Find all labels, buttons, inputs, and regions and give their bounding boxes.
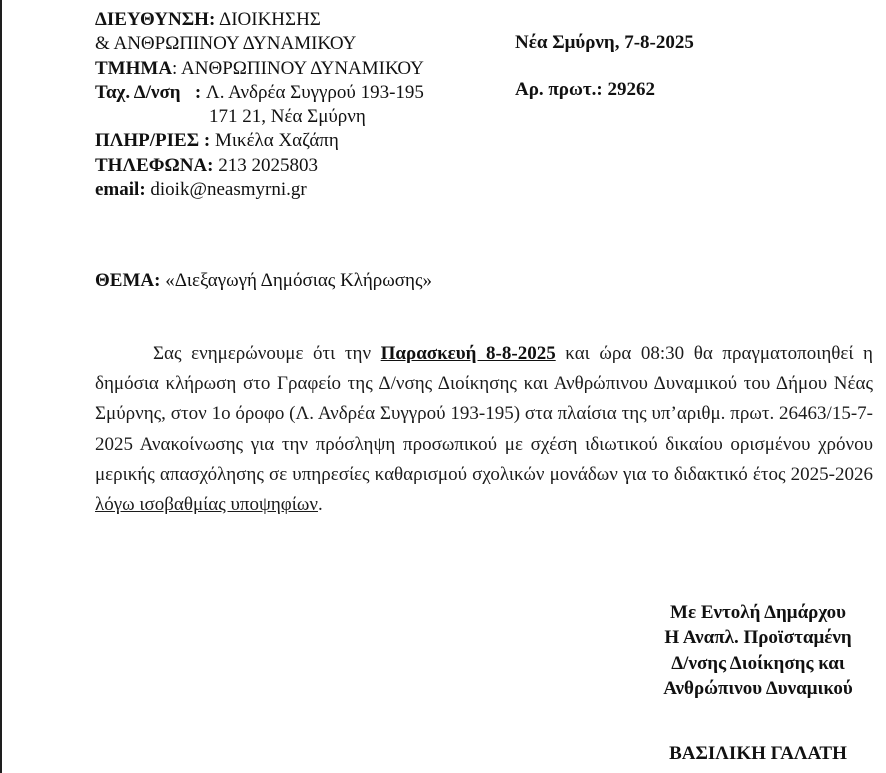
subject-line: ΘΕΜΑ: «Διεξαγωγή Δημόσιας Κλήρωσης» bbox=[95, 269, 432, 293]
draw-reason: λόγω ισοβαθμίας υποψηφίων bbox=[95, 494, 318, 515]
signature-line-1: Με Εντολή Δημάρχου bbox=[630, 600, 886, 625]
page-left-border bbox=[0, 0, 2, 773]
address-line: Ταχ. Δ/νση : Λ. Ανδρέα Συγγρού 193-195 bbox=[95, 81, 424, 105]
body-part-2: και ώρα 08:30 θα πραγματοποιηθεί η δημόσ… bbox=[95, 343, 873, 485]
signature-line-4: Ανθρώπινου Δυναμικού bbox=[630, 676, 886, 701]
sender-header: ΔΙΕΥΘΥΝΣΗ: ΔΙΟΙΚΗΣΗΣ & ΑΝΘΡΩΠΙΝΟΥ ΔΥΝΑΜΙ… bbox=[95, 8, 424, 202]
email-line: email: dioik@neasmyrni.gr bbox=[95, 178, 424, 202]
address-colon: : bbox=[181, 82, 206, 103]
body-end: . bbox=[318, 494, 323, 515]
signature-line-2: Η Αναπλ. Προϊσταμένη bbox=[630, 625, 886, 650]
phone-label: ΤΗΛΕΦΩΝΑ: bbox=[95, 155, 213, 176]
draw-date: Παρασκευή 8-8-2025 bbox=[381, 343, 556, 364]
department-line: ΤΜΗΜΑ: ΑΝΘΡΩΠΙΝΟΥ ΔΥΝΑΜΙΚΟΥ bbox=[95, 57, 424, 81]
directorate-label: ΔΙΕΥΘΥΝΣΗ: bbox=[95, 9, 215, 30]
phone-line: ΤΗΛΕΦΩΝΑ: 213 2025803 bbox=[95, 154, 424, 178]
signatory-name: ΒΑΣΙΛΙΚΗ ΓΑΛΑΤΗ bbox=[630, 742, 886, 766]
contact-label: ΠΛΗΡ/ΡΙΕΣ : bbox=[95, 130, 210, 151]
document-meta: Νέα Σμύρνη, 7-8-2025 Αρ. πρωτ.: 29262 bbox=[515, 31, 694, 102]
address-label: Ταχ. Δ/νση bbox=[95, 82, 181, 103]
signature-block: Με Εντολή Δημάρχου Η Αναπλ. Προϊσταμένη … bbox=[630, 600, 886, 701]
place-date: Νέα Σμύρνη, 7-8-2025 bbox=[515, 31, 694, 55]
directorate-line: ΔΙΕΥΘΥΝΣΗ: ΔΙΟΙΚΗΣΗΣ bbox=[95, 8, 424, 32]
body-paragraph: Σας ενημερώνουμε ότι την Παρασκευή 8-8-2… bbox=[95, 339, 873, 520]
email-value: dioik@neasmyrni.gr bbox=[146, 179, 307, 200]
directorate-value: ΔΙΟΙΚΗΣΗΣ bbox=[215, 9, 321, 30]
address-street: Λ. Ανδρέα Συγγρού 193-195 bbox=[206, 82, 424, 103]
signature-line-3: Δ/νσης Διοίκησης και bbox=[630, 651, 886, 676]
subject-value: «Διεξαγωγή Δημόσιας Κλήρωσης» bbox=[160, 270, 432, 291]
phone-value: 213 2025803 bbox=[213, 155, 318, 176]
address-postal: 171 21, Νέα Σμύρνη bbox=[95, 105, 424, 129]
body-part-1: Σας ενημερώνουμε ότι την bbox=[153, 343, 381, 364]
contact-value: Μικέλα Χαζάπη bbox=[210, 130, 339, 151]
directorate-continuation: & ΑΝΘΡΩΠΙΝΟΥ ΔΥΝΑΜΙΚΟΥ bbox=[95, 32, 424, 56]
department-value: : ΑΝΘΡΩΠΙΝΟΥ ΔΥΝΑΜΙΚΟΥ bbox=[172, 58, 424, 79]
contact-line: ΠΛΗΡ/ΡΙΕΣ : Μικέλα Χαζάπη bbox=[95, 129, 424, 153]
subject-label: ΘΕΜΑ: bbox=[95, 270, 160, 291]
department-label: ΤΜΗΜΑ bbox=[95, 58, 172, 79]
protocol-number: Αρ. πρωτ.: 29262 bbox=[515, 78, 694, 102]
email-label: email: bbox=[95, 179, 146, 200]
